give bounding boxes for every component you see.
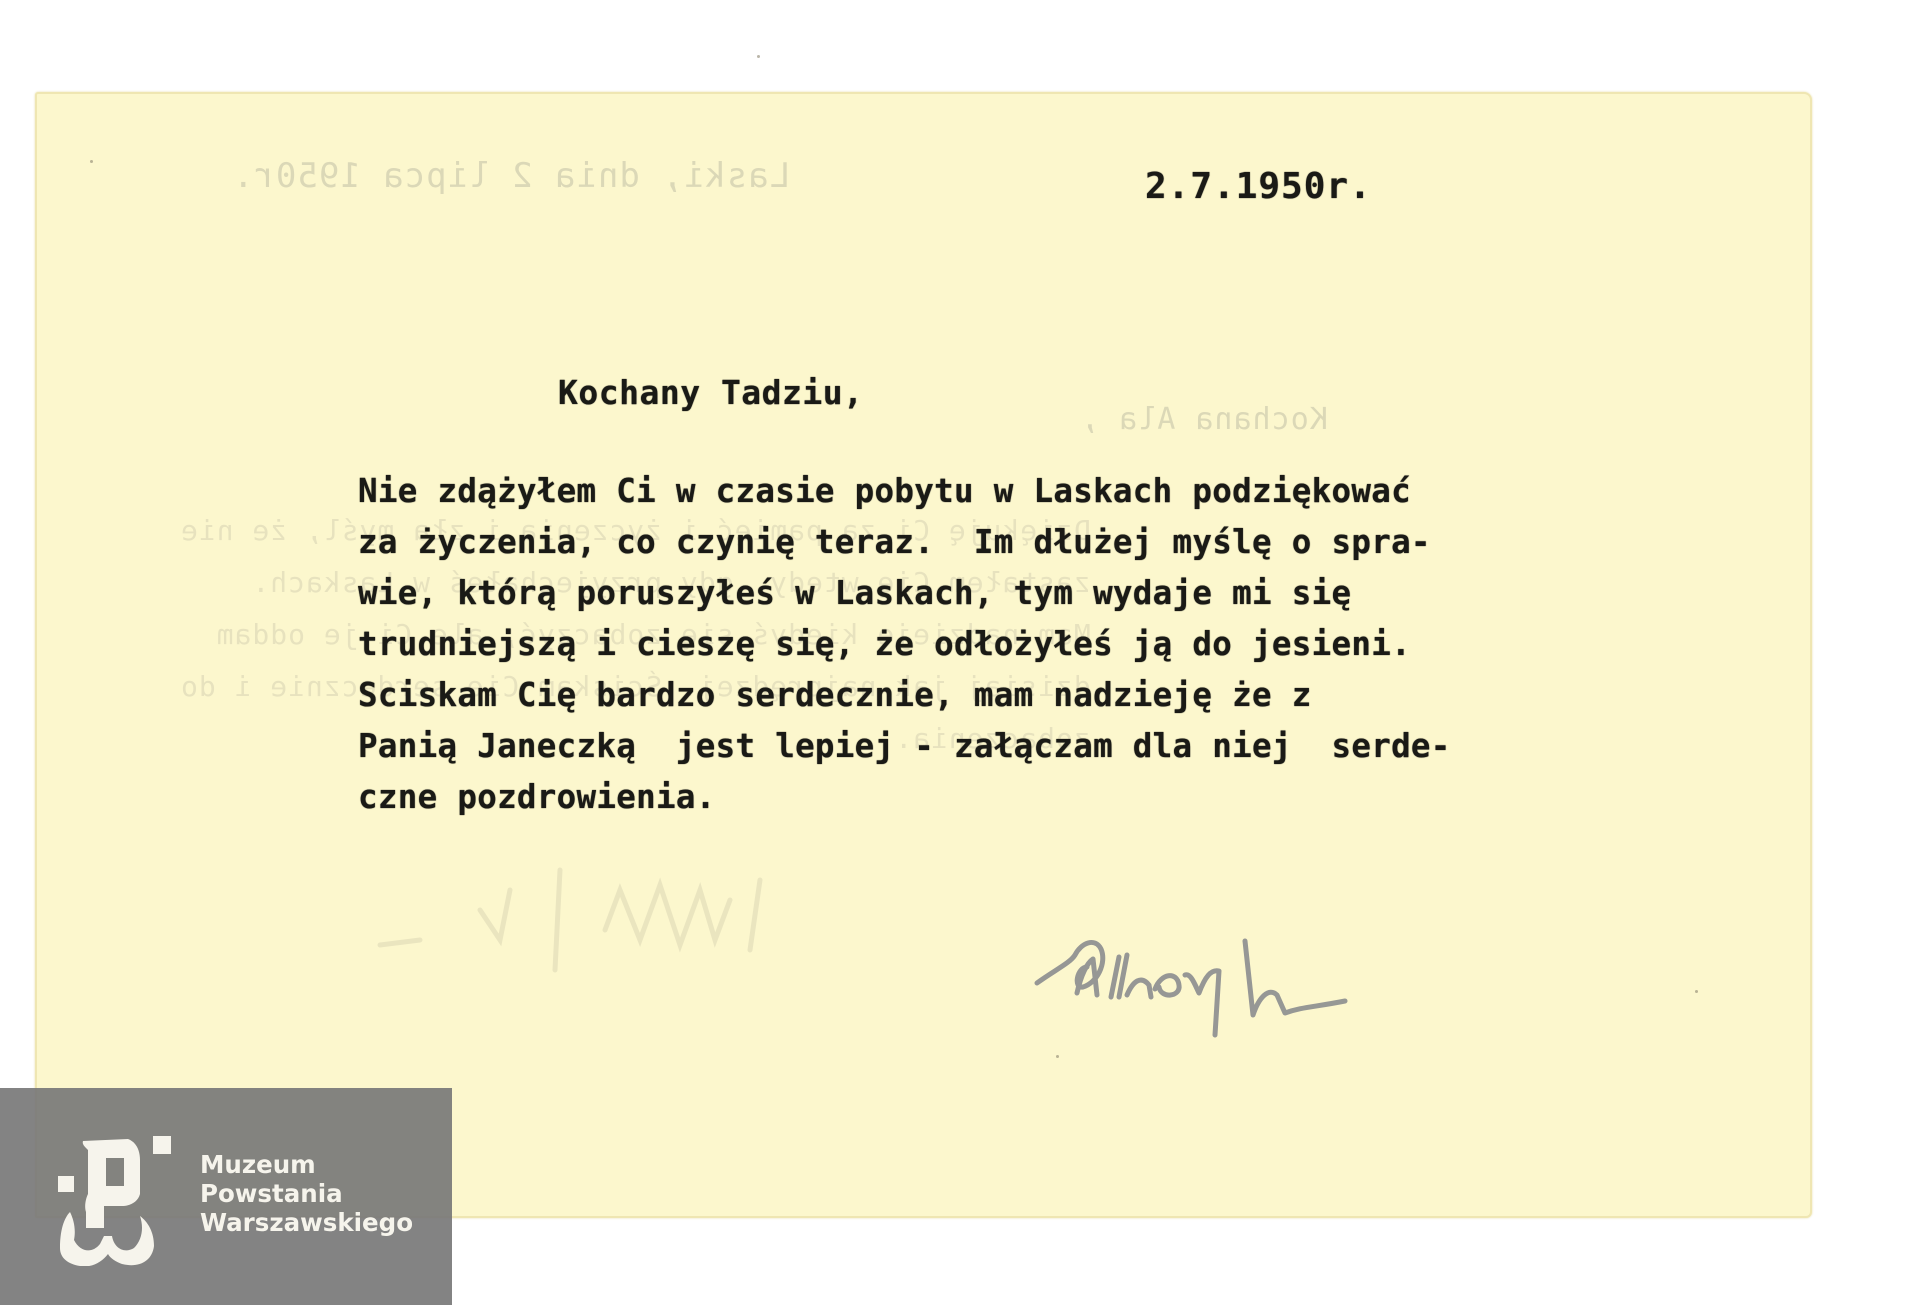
letter-salutation: Kochany Tadziu, [558, 373, 864, 412]
show-through-salutation: Kochana Ala , [1080, 402, 1328, 437]
paper-speck [1056, 1055, 1059, 1058]
museum-name-line-3: Warszawskiego [200, 1208, 413, 1237]
museum-watermark: Muzeum Powstania Warszawskiego [0, 1088, 452, 1305]
body-line-1: Nie zdążyłem Ci w czasie pobytu w Laskac… [358, 472, 1411, 510]
body-line-5: Sciskam Cię bardzo serdecznie, mam nadzi… [358, 676, 1312, 714]
body-line-4: trudniejszą i cieszę się, że odłożyłeś j… [358, 625, 1411, 663]
museum-name-line-1: Muzeum [200, 1150, 413, 1179]
kotwica-anchor-icon [58, 1136, 183, 1266]
body-line-2: za życzenia, co czynię teraz. Im dłużej … [358, 523, 1431, 561]
letter-date: 2.7.1950r. [1145, 166, 1372, 207]
signature-icon [1015, 915, 1375, 1045]
museum-name: Muzeum Powstania Warszawskiego [200, 1150, 413, 1237]
show-through-date: Laski, dnia 2 lipca 1950r. [232, 156, 790, 196]
body-line-3: wie, którą poruszyłeś w Laskach, tym wyd… [358, 574, 1351, 612]
paper-speck [757, 55, 760, 58]
museum-name-line-2: Powstania [200, 1179, 413, 1208]
body-line-7: czne pozdrowienia. [358, 778, 716, 816]
show-through-signature [360, 830, 780, 980]
body-line-6: Panią Janeczką jest lepiej - załączam dl… [358, 727, 1451, 765]
paper-speck [90, 160, 93, 163]
paper-speck [1695, 990, 1698, 993]
